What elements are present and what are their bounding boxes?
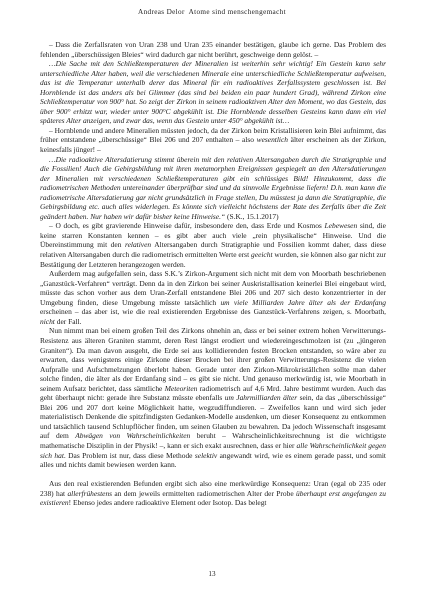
text-run-italic: Lebewesen	[325, 221, 358, 230]
text-run: (S.K., 15.1.2017)	[225, 212, 279, 221]
paragraph: Nun nimmt man bei einem großen Teil des …	[40, 326, 386, 469]
text-run-italic: selektiv	[195, 451, 217, 460]
text-run-italic: Meteoriten	[165, 384, 198, 393]
text-run-italic: um viele Milliarden Jahre älter als der …	[220, 298, 386, 307]
text-run-italic: wesentlich	[257, 135, 288, 144]
text-run: – O doch, es gibt gravierende Hinweise d…	[49, 221, 325, 230]
paragraph: …Die Sache mit den Schließtemperaturen d…	[40, 59, 386, 126]
paragraph: – Dass die Zerfallsraten von Uran 238 un…	[40, 40, 386, 59]
paragraph: Aus den real existierenden Befunden ergi…	[40, 479, 386, 508]
page-body: – Dass die Zerfallsraten von Uran 238 un…	[40, 40, 386, 508]
text-run: an dem jeweils ermittelten radiometrisch…	[112, 489, 296, 498]
text-run-italic: allerfrühestens	[67, 489, 112, 498]
text-run: – Dass die Zerfallsraten von Uran 238 un…	[40, 40, 386, 59]
text-run-italic: Abwägen von Wahrscheinlichkeiten	[75, 431, 190, 440]
text-run-italic: um Jahrmilliarden älter	[225, 393, 297, 402]
text-run: der Fall.	[55, 317, 82, 326]
text-run-italic: relativen	[125, 240, 151, 249]
document-page: Andreas Delor Atome sind menschengemacht…	[0, 0, 424, 600]
text-run: . Das Problem ist nur, dass diese Method…	[64, 451, 195, 460]
running-header: Andreas Delor Atome sind menschengemacht	[0, 8, 424, 16]
paragraph: – Hornblende und andere Mineralien müsst…	[40, 126, 386, 155]
text-run-italic: …Die radioaktive Altersdatierung stimmt …	[40, 155, 386, 221]
text-run-italic: nicht	[40, 317, 55, 326]
paragraph: …Die radioaktive Altersdatierung stimmt …	[40, 155, 386, 222]
text-run: erscheinen – das aber ist, wie die real …	[40, 307, 386, 316]
paragraph: Außerdem mag aufgefallen sein, dass S.K.…	[40, 269, 386, 326]
page-number: 13	[0, 570, 424, 578]
text-run-italic: …Die Sache mit den Schließtemperaturen d…	[40, 59, 386, 125]
paragraph: – O doch, es gibt gravierende Hinweise d…	[40, 221, 386, 269]
text-run-italic: geeicht	[251, 250, 272, 259]
text-run: ! Ebenso jedes andere radioaktive Elemen…	[69, 498, 267, 507]
